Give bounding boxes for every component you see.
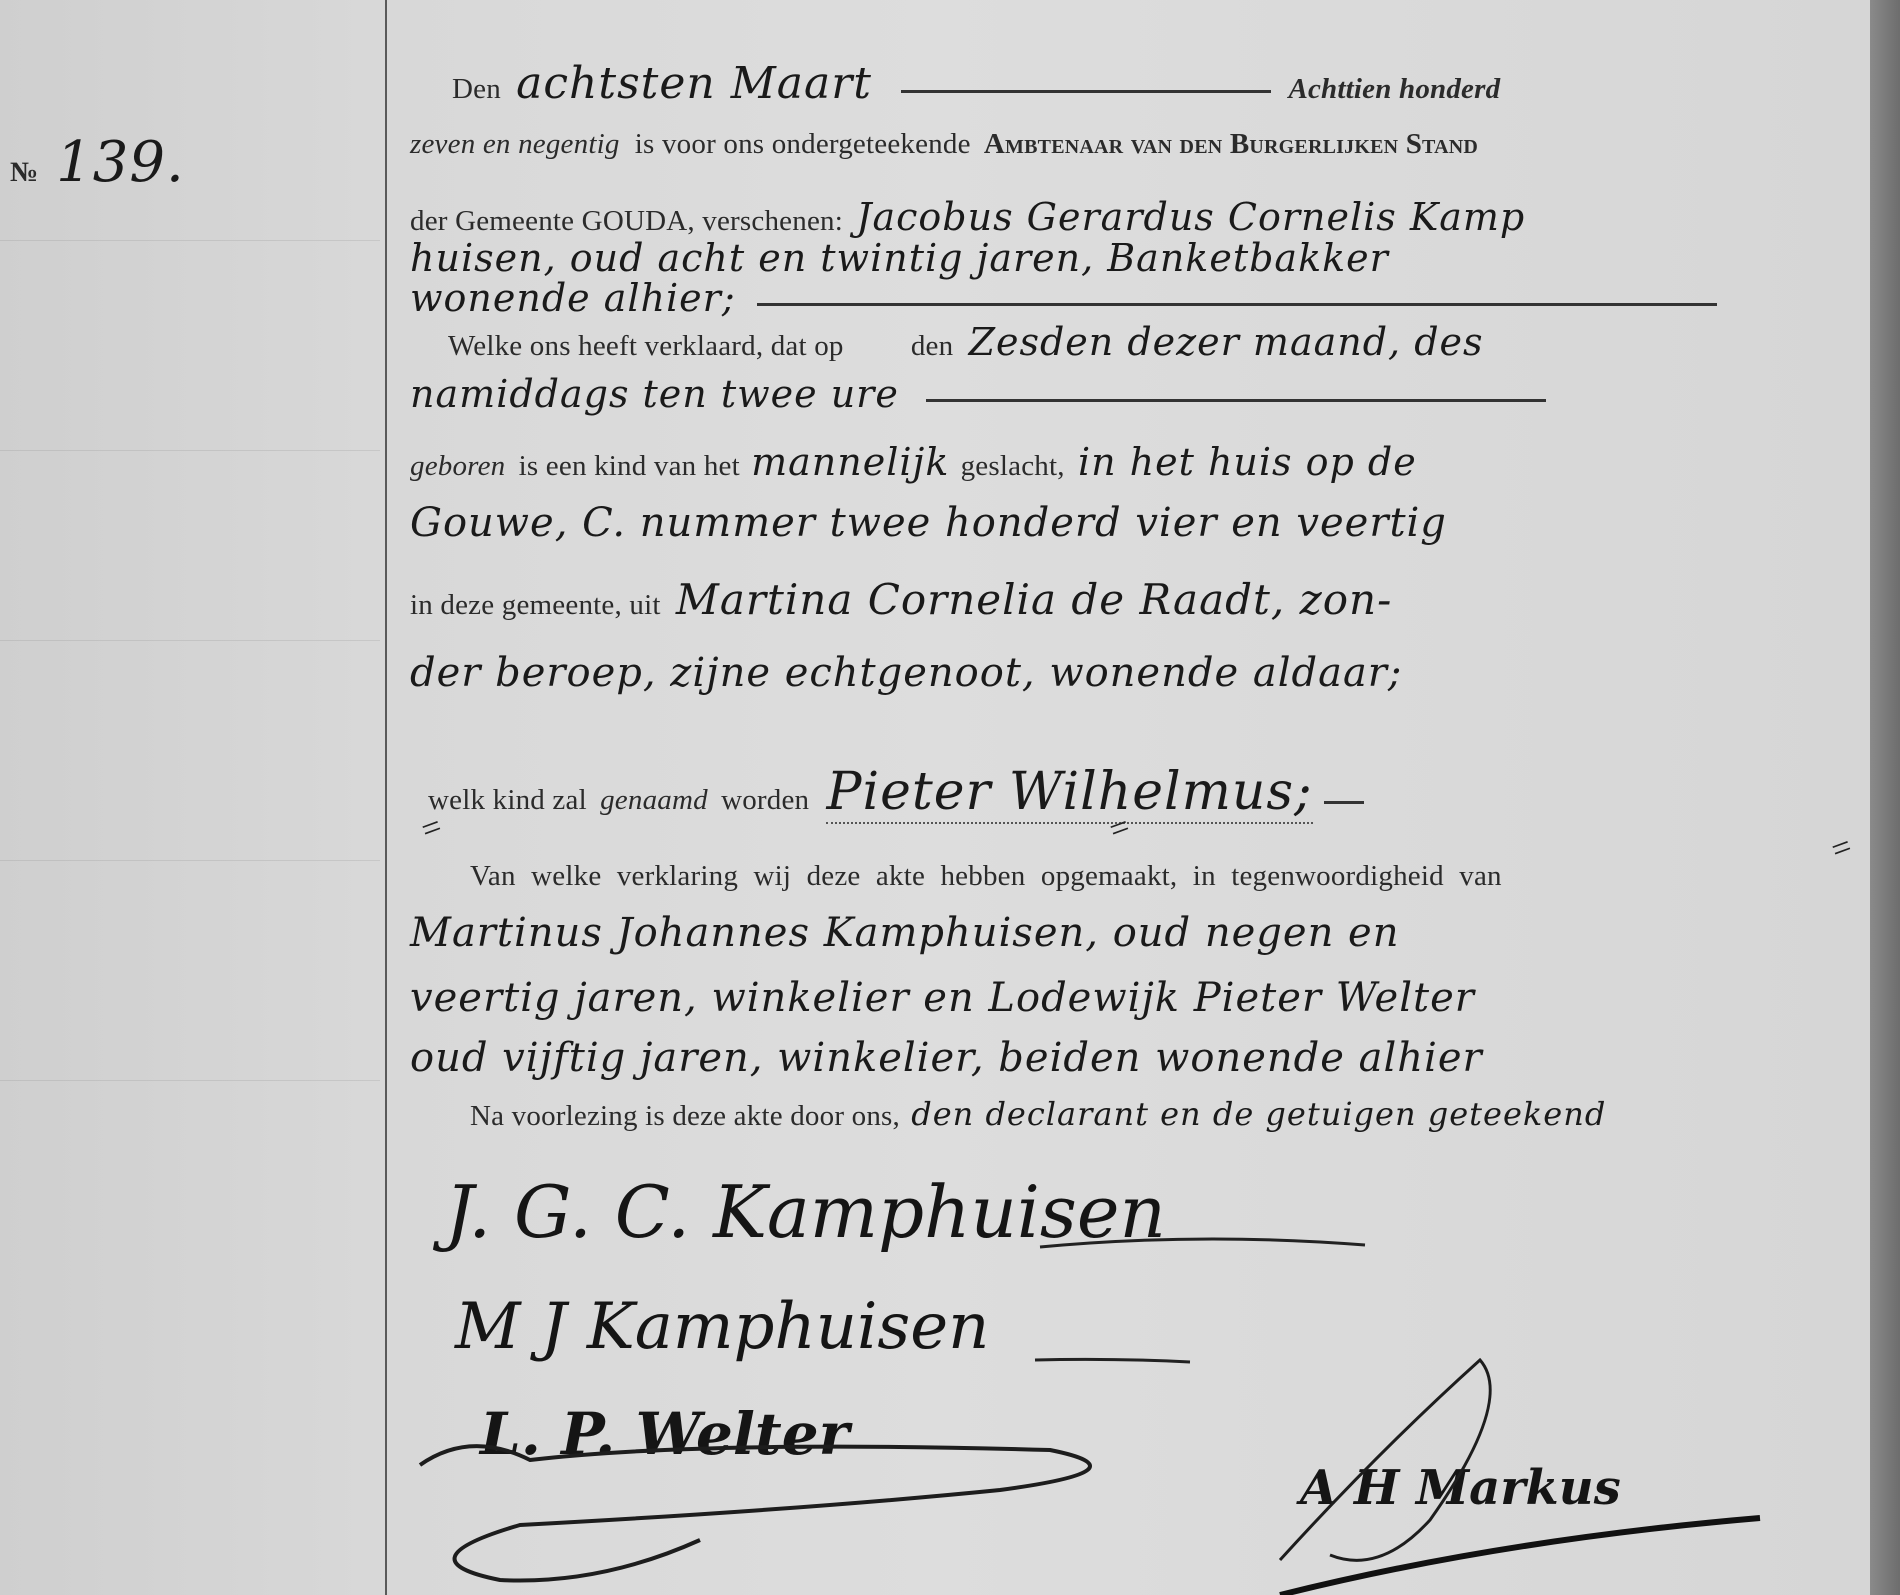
signature-flourishes: [0, 0, 1900, 1595]
register-page: №139. Den achtsten Maart Achttien honder…: [0, 0, 1870, 1595]
page-edge-shadow: [1870, 0, 1900, 1595]
